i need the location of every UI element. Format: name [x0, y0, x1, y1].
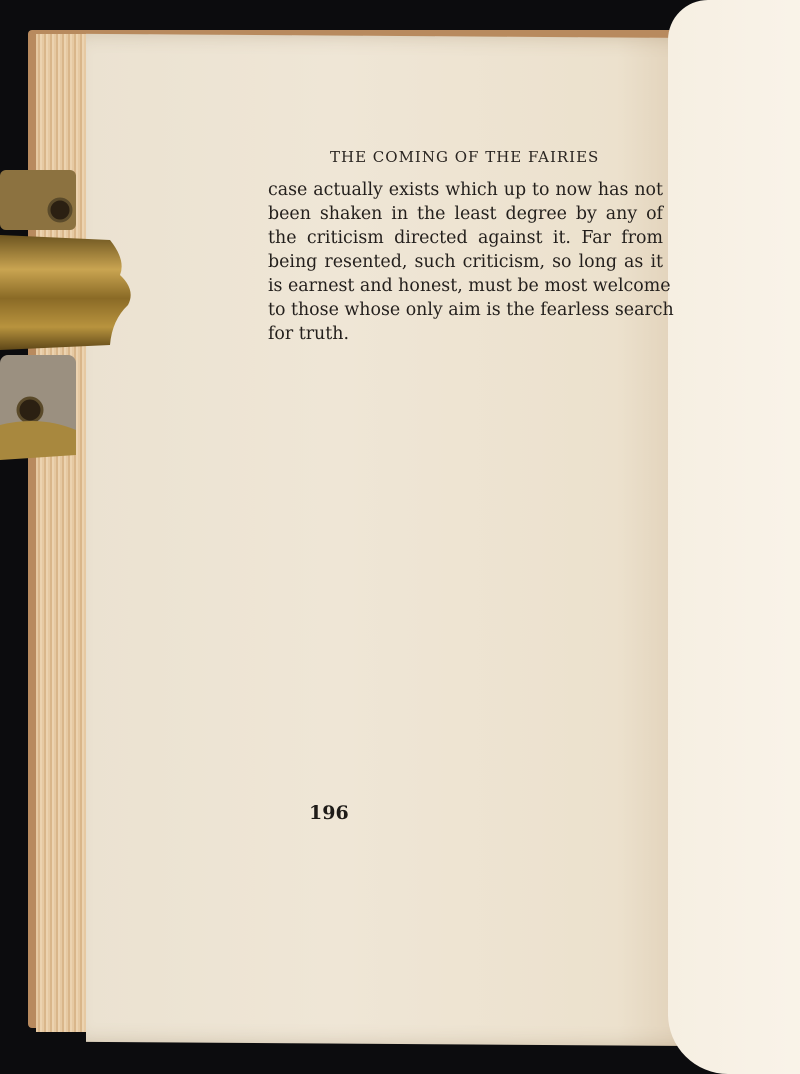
running-header: THE COMING OF THE FAIRIES — [330, 148, 599, 166]
text-line: for truth. — [268, 322, 663, 346]
page-number: 196 — [309, 802, 349, 824]
text-line: been shaken in the least degree by any o… — [268, 202, 663, 226]
facing-page — [668, 0, 800, 1074]
text-line: the criticism directed against it. Far f… — [268, 226, 663, 250]
text-line: is earnest and honest, must be most welc… — [268, 274, 663, 298]
text-line: being resented, such criticism, so long … — [268, 250, 663, 274]
page-body-text: case actually exists which up to now has… — [268, 178, 663, 346]
text-line: to those whose only aim is the fearless … — [268, 298, 663, 322]
text-line: case actually exists which up to now has… — [268, 178, 663, 202]
brass-clasp-icon — [0, 165, 136, 463]
